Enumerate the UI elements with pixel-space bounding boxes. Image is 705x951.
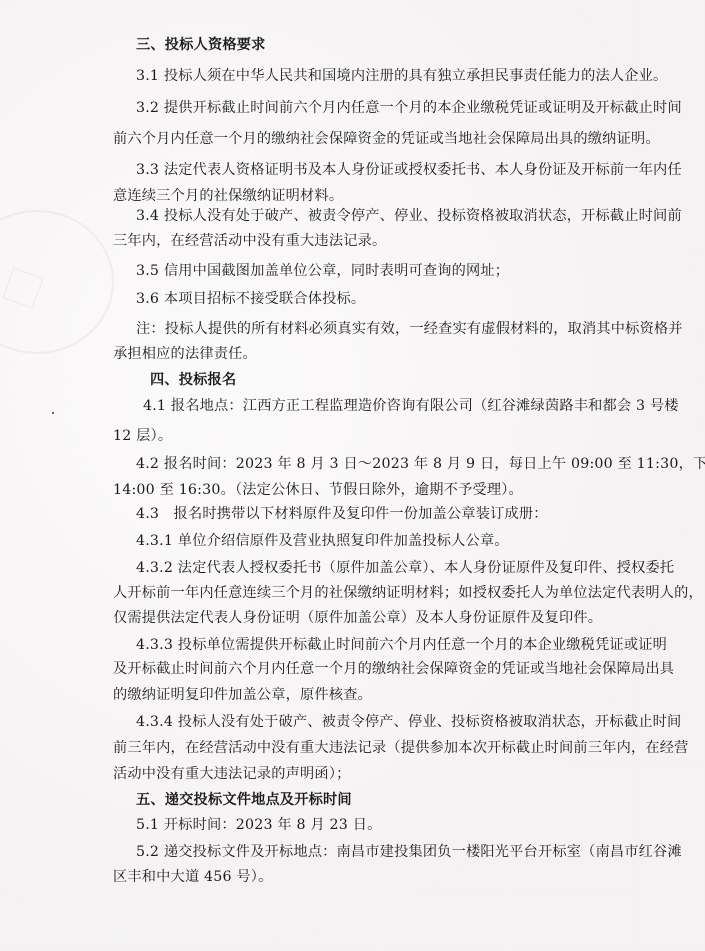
paragraph-line: 4.1 报名地点：江西方正工程监理造价咨询有限公司（红谷滩绿茵路丰和都会 3 号… — [143, 397, 679, 415]
paragraph-line: 前六个月内任意一个月的缴纳社会保障资金的凭证或当地社会保障局出具的缴纳证明。 — [113, 130, 660, 148]
paragraph-line: 前三年内，在经营活动中没有重大违法记录（提供参加本次开标截止时间前三年内，在经营 — [113, 739, 689, 757]
paragraph-line: 4.3 报名时携带以下材料原件及复印件一份加盖公章装订成册： — [136, 505, 548, 523]
paragraph-line: 3.2 提供开标截止时间前六个月内任意一个月的本企业缴税凭证或证明及开标截止时间 — [136, 99, 682, 117]
faded-seal-stamp — [0, 210, 114, 354]
paragraph-line: 区丰和中大道 456 号）。 — [113, 868, 273, 886]
paragraph-line: 承担相应的法律责任。 — [113, 345, 257, 363]
paragraph-line: 14:00 至 16:30。（法定公休日、节假日除外，逾期不予受理）。 — [113, 481, 523, 499]
paragraph-line: 3.3 法定代表人资格证明书及本人身份证或授权委托书、本人身份证及开标前一年内任 — [136, 161, 682, 179]
paragraph-line: 12 层）。 — [113, 427, 172, 445]
paragraph-line: 4.2 报名时间：2023 年 8 月 3 日～2023 年 8 月 9 日，每… — [136, 455, 705, 473]
section-3-heading: 三、投标人资格要求 — [136, 36, 266, 54]
paragraph-line: 3.5 信用中国截图加盖单位公章，同时表明可查询的网址； — [136, 262, 509, 280]
paragraph-line: 3.4 投标人没有处于破产、被责令停产、停业、投标资格被取消状态，开标截止时间前 — [136, 207, 682, 225]
paragraph-line: 4.3.1 单位介绍信原件及营业执照复印件加盖投标人公章。 — [136, 532, 509, 550]
paragraph-line: 及开标截止时间前六个月内任意一个月的缴纳社会保障资金的凭证或当地社会保障局出具 — [113, 660, 674, 678]
paragraph-line: 意连续三个月的社保缴纳证明材料。 — [113, 187, 343, 205]
paragraph-line: 的缴纳证明复印件加盖公章，原件核查。 — [113, 686, 372, 704]
paragraph-line: 4.3.4 投标人没有处于破产、被责令停产、停业、投标资格被取消状态，开标截止时… — [136, 713, 681, 731]
paragraph-line: 5.2 递交投标文件及开标地点：南昌市建投集团负一楼阳光平台开标室（南昌市红谷滩 — [136, 843, 682, 861]
paragraph-line: 4.3.2 法定代表人授权委托书（原件加盖公章）、本人身份证原件及复印件、授权委… — [136, 559, 674, 577]
paragraph-line: 4.3.3 投标单位需提供开标截止时间前六个月内任意一个月的本企业缴税凭证或证明 — [136, 636, 667, 654]
scan-speck — [52, 412, 54, 414]
section-5-heading: 五、递交投标文件地点及开标时间 — [136, 791, 352, 809]
paragraph-line: 活动中没有重大违法记录的声明函）； — [113, 765, 351, 783]
paragraph-line: 仅需提供法定代表人身份证明（原件加盖公章）及本人身份证原件及复印件。 — [113, 609, 602, 627]
paragraph-line: 注：投标人提供的所有材料必须真实有效，一经查实有虚假材料的，取消其中标资格并 — [136, 320, 683, 338]
paragraph-line: 人开标前一年内任意连续三个月的社保缴纳证明材料；如授权委托人为单位法定代表明人的… — [113, 584, 703, 602]
scanned-document-page: 三、投标人资格要求 3.1 投标人须在中华人民共和国境内注册的具有独立承担民事责… — [0, 0, 705, 951]
paragraph-line: 三年内，在经营活动中没有重大违法记录。 — [113, 232, 386, 250]
paragraph-line: 3.1 投标人须在中华人民共和国境内注册的具有独立承担民事责任能力的法人企业。 — [136, 67, 667, 85]
section-4-heading: 四、投标报名 — [150, 371, 236, 389]
paragraph-line: 3.6 本项目招标不接受联合体投标。 — [136, 290, 365, 308]
paragraph-line: 5.1 开标时间：2023 年 8 月 23 日。 — [136, 816, 382, 834]
